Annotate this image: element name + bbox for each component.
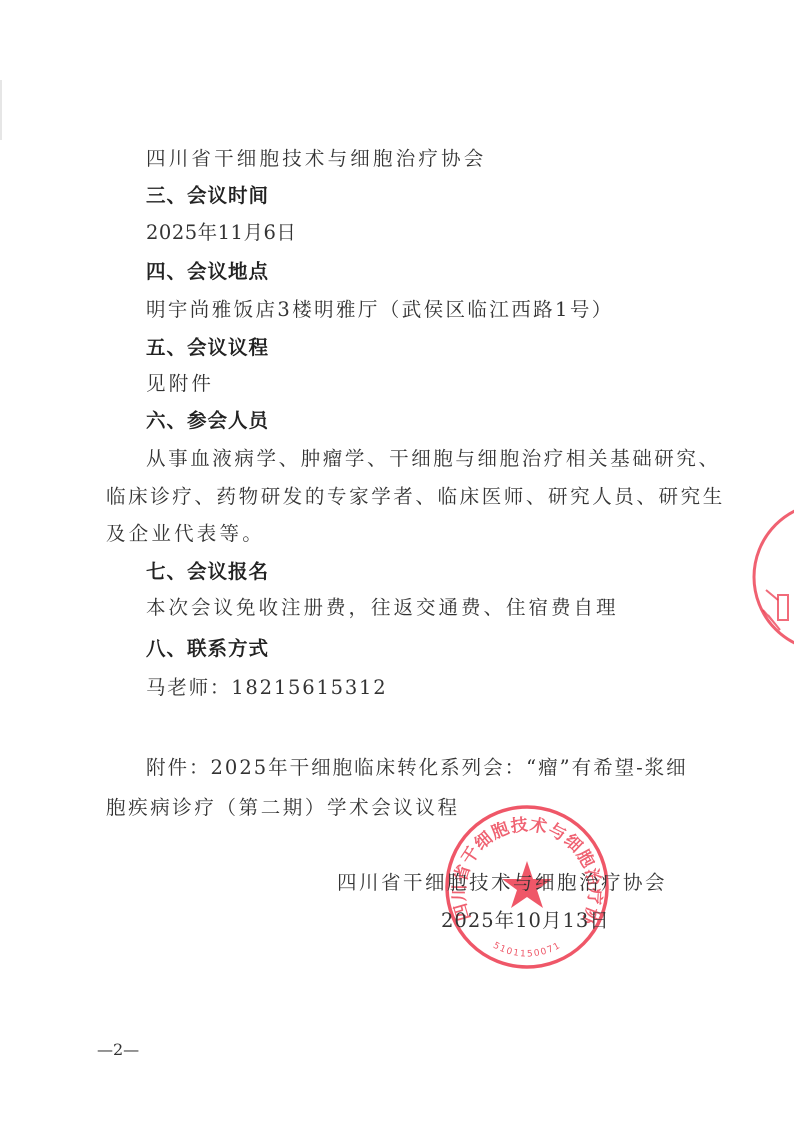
section-heading-location: 四、会议地点: [146, 256, 269, 284]
agenda-text: 见附件: [146, 368, 214, 396]
participants-line-3: 及企业代表等。: [106, 518, 265, 546]
participants-line-1: 从事血液病学、肿瘤学、干细胞与细胞治疗相关基础研究、: [146, 443, 721, 471]
contact-text: 马老师：18215615312: [146, 672, 387, 700]
svg-text:5101150071: 5101150071: [491, 941, 563, 960]
organizer-line: 四川省干细胞技术与细胞治疗协会: [146, 143, 487, 171]
section-heading-agenda: 五、会议议程: [146, 332, 269, 360]
signature-date: 2025年10月13日: [441, 905, 610, 933]
attachment-line-1: 附件：2025年干细胞临床转化系列会：“瘤”有希望-浆细: [146, 752, 688, 780]
participants-line-2: 临床诊疗、药物研发的专家学者、临床医师、研究人员、研究生: [106, 481, 725, 509]
section-heading-time: 三、会议时间: [146, 180, 269, 208]
document-page: 四川省干细胞技术与细胞治疗协会 三、会议时间 2025年11月6日 四、会议地点…: [0, 0, 794, 1122]
registration-text: 本次会议免收注册费，往返交通费、住宿费自理: [146, 592, 619, 620]
signature-organization: 四川省干细胞技术与细胞治疗协会: [337, 867, 667, 895]
section-heading-participants: 六、参会人员: [146, 405, 269, 433]
page-number: —2—: [97, 1040, 139, 1059]
meeting-location: 明宇尚雅饭店3楼明雅厅（武侯区临江西路1号）: [146, 294, 614, 322]
attachment-line-2: 胞疾病诊疗（第二期）学术会议议程: [106, 792, 460, 820]
section-heading-contact: 八、联系方式: [146, 633, 269, 661]
section-heading-registration: 七、会议报名: [146, 556, 269, 584]
partial-seal-edge: [748, 500, 794, 655]
seal-code: 5101150071: [491, 941, 563, 960]
scan-edge-mark: [0, 80, 2, 140]
meeting-date: 2025年11月6日: [146, 217, 296, 245]
